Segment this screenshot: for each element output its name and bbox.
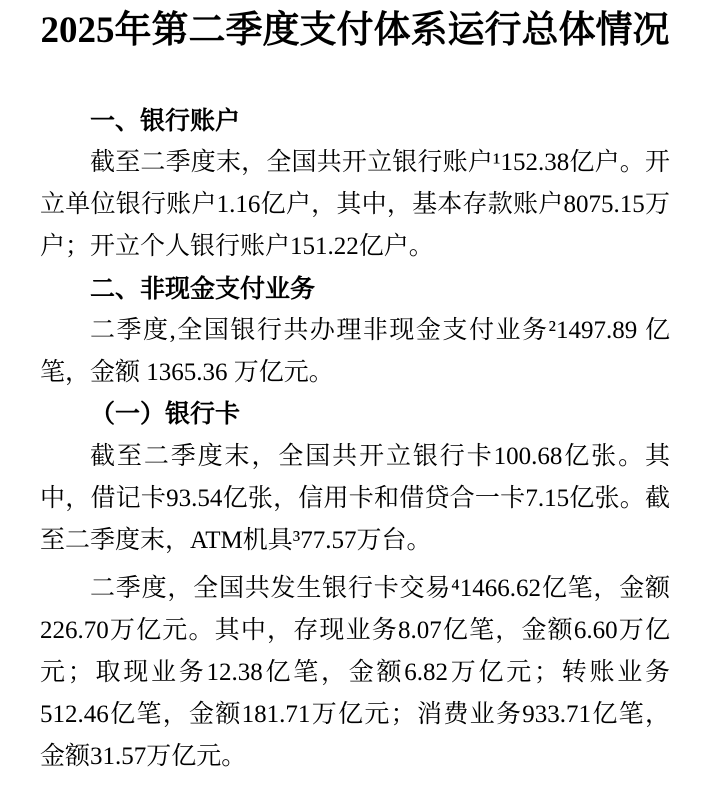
section-bank-accounts: 一、银行账户 截至二季度末，全国共开立银行账户¹152.38亿户。开立单位银行账…: [40, 100, 670, 268]
section-heading-bank-accounts: 一、银行账户: [40, 100, 670, 142]
section-bank-cards: （一）银行卡 截至二季度末，全国共开立银行卡100.68亿张。其中，借记卡93.…: [40, 394, 670, 778]
section-heading-noncash-payments: 二、非现金支付业务: [40, 268, 670, 310]
paragraph-noncash-payments: 二季度,全国银行共办理非现金支付业务²1497.89 亿笔，金额 1365.36…: [40, 310, 670, 394]
page-title: 2025年第二季度支付体系运行总体情况: [40, 6, 670, 56]
section-noncash-payments: 二、非现金支付业务 二季度,全国银行共办理非现金支付业务²1497.89 亿笔，…: [40, 268, 670, 394]
document-page: 2025年第二季度支付体系运行总体情况 一、银行账户 截至二季度末，全国共开立银…: [0, 0, 706, 786]
paragraph-bank-card-transactions: 二季度，全国共发生银行卡交易⁴1466.62亿笔，金额226.70万亿元。其中，…: [40, 568, 670, 778]
section-heading-bank-cards: （一）银行卡: [40, 394, 670, 436]
paragraph-bank-accounts: 截至二季度末，全国共开立银行账户¹152.38亿户。开立单位银行账户1.16亿户…: [40, 142, 670, 268]
paragraph-bank-cards-issuance: 截至二季度末，全国共开立银行卡100.68亿张。其中，借记卡93.54亿张，信用…: [40, 436, 670, 562]
